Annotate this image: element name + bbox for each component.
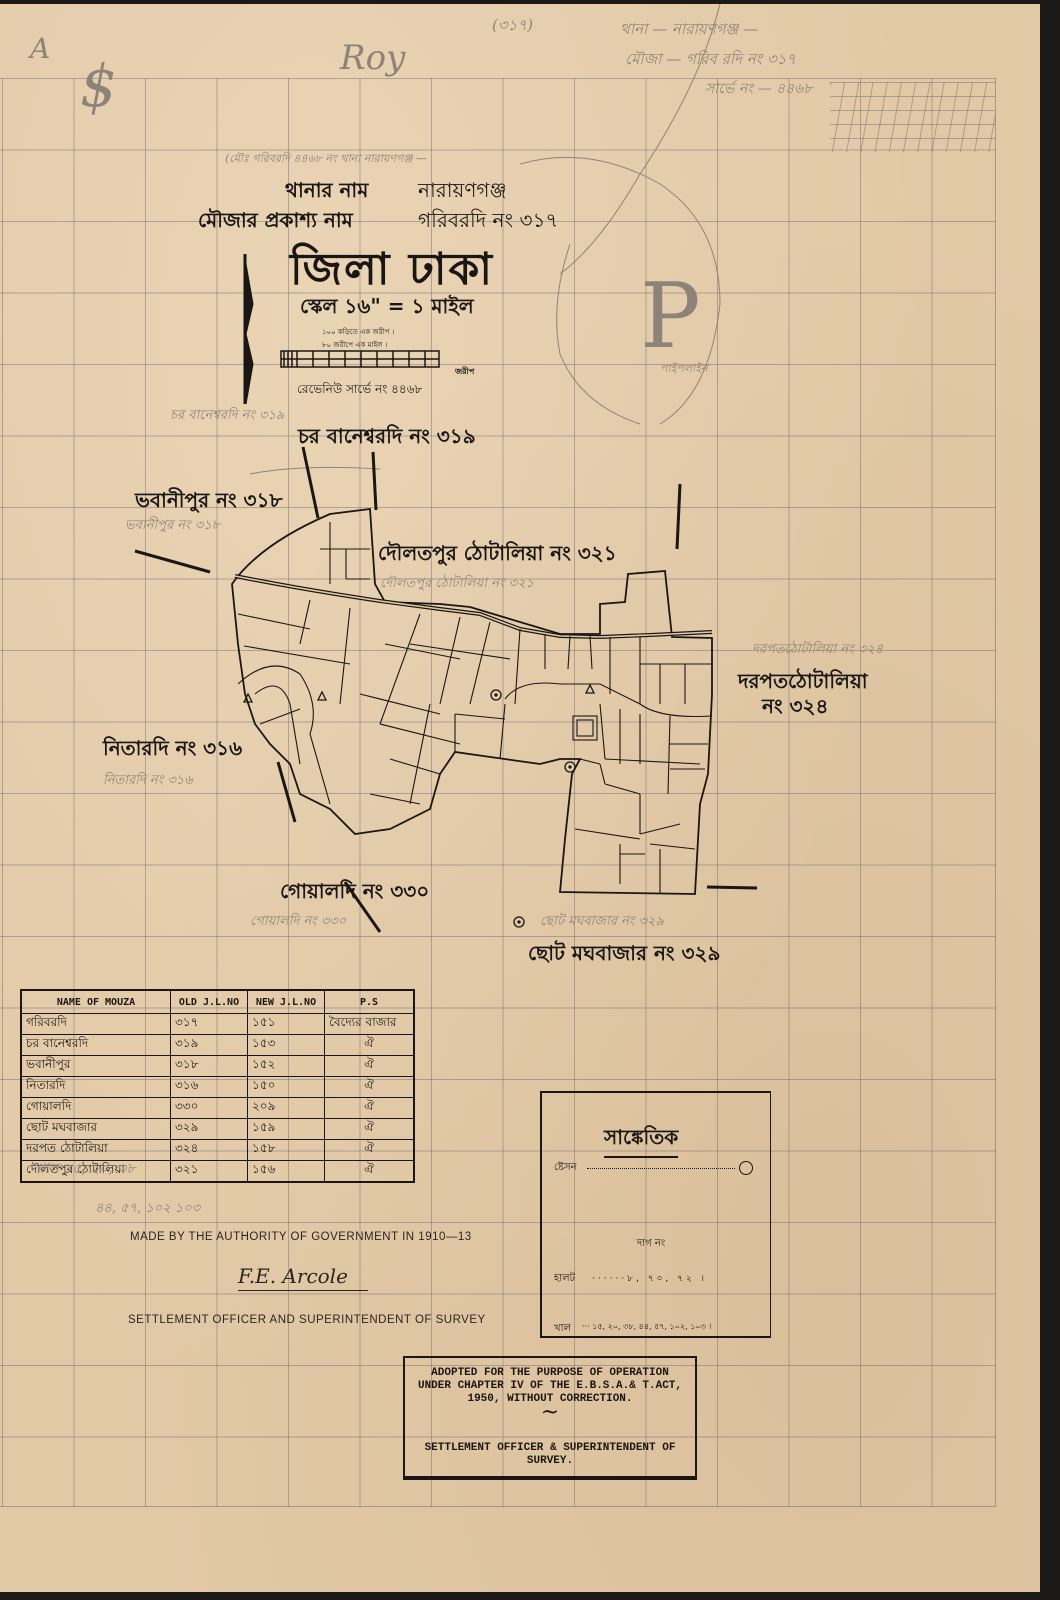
cell-mouza: নিতারদি bbox=[21, 1077, 171, 1098]
settlement-officer-title: SETTLEMENT OFFICER AND SUPERINTENDENT OF… bbox=[128, 1314, 486, 1326]
col-old-jl-no: OLD J.L.NO bbox=[171, 990, 248, 1014]
cell-new-jl: ১৫০ bbox=[248, 1077, 325, 1098]
table-row: গোয়ালদি৩৩০২০৯ঐ bbox=[21, 1098, 414, 1119]
cell-mouza: চর বানেশ্বরদি bbox=[21, 1035, 171, 1056]
legend-dag-header: দাগ নং bbox=[637, 1236, 665, 1253]
cell-old-jl: ৩৩০ bbox=[171, 1098, 248, 1119]
cell-ps: ঐ bbox=[325, 1119, 415, 1140]
col-ps: P.S bbox=[325, 990, 415, 1014]
cell-old-jl: ৩২৯ bbox=[171, 1119, 248, 1140]
cell-ps: ঐ bbox=[325, 1098, 415, 1119]
cell-ps: ঐ bbox=[325, 1140, 415, 1161]
cell-old-jl: ৩২৪ bbox=[171, 1140, 248, 1161]
table-row: গরিবরদি৩১৭১৫১বৈদ্যের বাজার bbox=[21, 1014, 414, 1035]
table-row: ভবানীপুর৩১৮১৫২ঐ bbox=[21, 1056, 414, 1077]
cell-ps: ঐ bbox=[325, 1161, 415, 1183]
legend-station-label: ষ্টেসন bbox=[554, 1160, 577, 1177]
scale-bar bbox=[281, 351, 439, 367]
halot-numbers: ৮, ৭০, ৭২ । bbox=[627, 1274, 707, 1284]
cell-old-jl: ৩১৭ bbox=[171, 1014, 248, 1035]
stamp-officer-line-1: SETTLEMENT OFFICER & SUPERINTENDENT OF bbox=[405, 1442, 695, 1455]
cell-ps: ঐ bbox=[325, 1077, 415, 1098]
cell-mouza: ভবানীপুর bbox=[21, 1056, 171, 1077]
legend-station-dots bbox=[587, 1168, 735, 1169]
made-by-authority: MADE BY THE AUTHORITY OF GOVERNMENT IN 1… bbox=[130, 1231, 472, 1243]
col-new-jl-no: NEW J.L.NO bbox=[248, 990, 325, 1014]
station-circle-icon bbox=[739, 1161, 753, 1175]
legend-halot-label: হালট bbox=[554, 1271, 575, 1288]
table-row: নিতারদি৩১৬১৫০ঐ bbox=[21, 1077, 414, 1098]
stamp-line-1: ADOPTED FOR THE PURPOSE OF OPERATION bbox=[405, 1367, 695, 1380]
cell-old-jl: ৩১৬ bbox=[171, 1077, 248, 1098]
legend-halot-values: ······৮, ৭০, ৭২ । bbox=[592, 1271, 707, 1286]
stamp-officer-line-2: SURVEY. bbox=[405, 1455, 695, 1468]
legend-box: সাঙ্কেতিক ষ্টেসন দাগ নং হালট ······৮, ৭০… bbox=[540, 1091, 771, 1338]
adoption-stamp: ADOPTED FOR THE PURPOSE OF OPERATION UND… bbox=[403, 1356, 697, 1480]
pencil-table-note-2: ৪৪, ৫৭, ১০২ ১০৩ bbox=[95, 1199, 200, 1220]
cell-ps: বৈদ্যের বাজার bbox=[325, 1014, 415, 1035]
cell-new-jl: ১৫১ bbox=[248, 1014, 325, 1035]
cell-old-jl: ৩১৯ bbox=[171, 1035, 248, 1056]
stamp-signature: ~ bbox=[405, 1406, 695, 1442]
officer-signature: F.E. Arcole bbox=[238, 1264, 368, 1291]
cell-ps: ঐ bbox=[325, 1035, 415, 1056]
pencil-table-note-1: খাল ১৫, ২০, ৩৮ bbox=[35, 1157, 136, 1181]
cell-mouza: গরিবরদি bbox=[21, 1014, 171, 1035]
cell-old-jl: ৩২১ bbox=[171, 1161, 248, 1183]
cell-new-jl: ১৫২ bbox=[248, 1056, 325, 1077]
stamp-line-2: UNDER CHAPTER IV OF THE E.B.S.A.& T.ACT, bbox=[405, 1380, 695, 1393]
cell-new-jl: ২০৯ bbox=[248, 1098, 325, 1119]
map-sheet: A $ Roy (৩১৭) থানা — নারায়ণগঞ্জ — মৌজা … bbox=[0, 4, 1040, 1592]
mouza-table: NAME OF MOUZA OLD J.L.NO NEW J.L.NO P.S … bbox=[20, 989, 415, 1183]
col-name-of-mouza: NAME OF MOUZA bbox=[21, 990, 171, 1014]
cell-new-jl: ১৫৮ bbox=[248, 1140, 325, 1161]
table-row: চর বানেশ্বরদি৩১৯১৫৩ঐ bbox=[21, 1035, 414, 1056]
cell-mouza: গোয়ালদি bbox=[21, 1098, 171, 1119]
table-header-row: NAME OF MOUZA OLD J.L.NO NEW J.L.NO P.S bbox=[21, 990, 414, 1014]
north-arrow-icon bbox=[245, 254, 252, 404]
cell-ps: ঐ bbox=[325, 1056, 415, 1077]
legend-title: সাঙ্কেতিক bbox=[604, 1123, 678, 1158]
cadastral-map-drawing bbox=[0, 4, 1040, 1004]
cell-new-jl: ১৫৬ bbox=[248, 1161, 325, 1183]
legend-khal-label: খাল bbox=[554, 1321, 571, 1338]
cell-mouza: ছোট মঘবাজার bbox=[21, 1119, 171, 1140]
cell-new-jl: ১৫৩ bbox=[248, 1035, 325, 1056]
khal-numbers: ১৫, ২০, ৩৮, ৪৪, ৫৭, ১০২, ১০৩ । bbox=[592, 1322, 711, 1331]
cell-new-jl: ১৫৯ bbox=[248, 1119, 325, 1140]
legend-khal-values: ··· ১৫, ২০, ৩৮, ৪৪, ৫৭, ১০২, ১০৩ । bbox=[582, 1321, 711, 1334]
table-row: ছোট মঘবাজার৩২৯১৫৯ঐ bbox=[21, 1119, 414, 1140]
cell-old-jl: ৩১৮ bbox=[171, 1056, 248, 1077]
